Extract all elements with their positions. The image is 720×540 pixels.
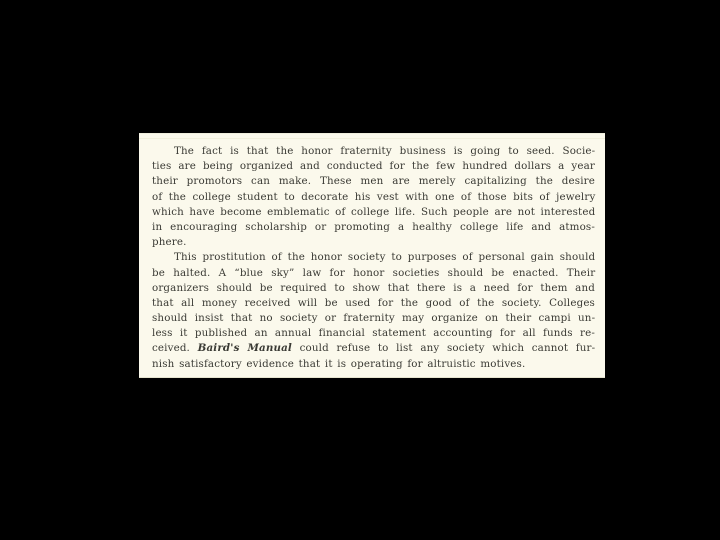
text-line: which have become emblematic of college …: [152, 205, 595, 220]
text-line: their promotors can make. These men are …: [152, 174, 595, 189]
text-line: phere.: [152, 235, 595, 250]
text-segment: ceived.: [152, 342, 190, 354]
document-text: The fact is that the honor fraternity bu…: [152, 144, 595, 372]
text-line: less it published an annual financial st…: [152, 326, 595, 341]
text-line: organizers should be required to show th…: [152, 281, 595, 296]
text-line: This prostitution of the honor society t…: [152, 250, 595, 265]
text-line: ties are being organized and conducted f…: [152, 159, 595, 174]
text-line: of the college student to decorate his v…: [152, 190, 595, 205]
document-page: The fact is that the honor fraternity bu…: [139, 133, 605, 378]
text-line: The fact is that the honor fraternity bu…: [152, 144, 595, 159]
text-segment: could refuse to list any society which c…: [300, 342, 596, 354]
text-line: that all money received will be used for…: [152, 296, 595, 311]
book-title: Baird's Manual: [198, 342, 292, 354]
text-line: ceived. Baird's Manual could refuse to l…: [152, 341, 595, 356]
text-line: in encouraging scholarship or promoting …: [152, 220, 595, 235]
text-line: be halted. A “blue sky” law for honor so…: [152, 266, 595, 281]
text-line: nish satisfactory evidence that it is op…: [152, 357, 595, 372]
text-line: should insist that no society or fratern…: [152, 311, 595, 326]
